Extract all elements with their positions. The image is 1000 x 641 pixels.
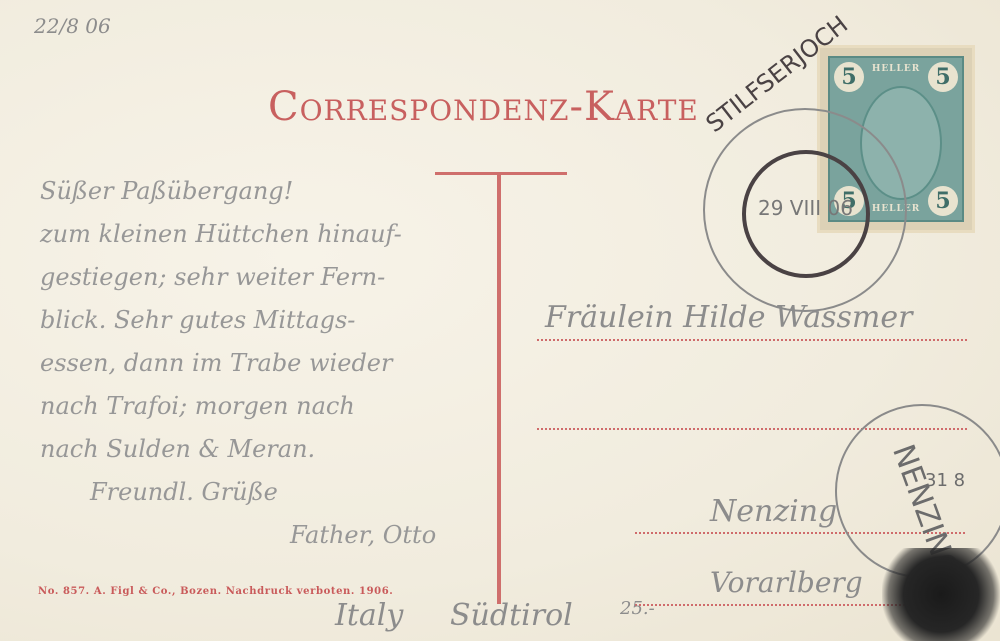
message-line: Freundl. Grüße (40, 471, 436, 514)
address-town: Nenzing (710, 494, 837, 529)
divider-top (435, 172, 567, 175)
card-title: Correspondenz-Karte (268, 84, 699, 130)
message-line: gestiegen; sehr weiter Fern- (40, 256, 436, 299)
postmark-date: 29 VIII 06 (758, 196, 853, 220)
message-text: Süßer Paßübergang! zum kleinen Hüttchen … (40, 170, 436, 557)
divider-vertical (497, 174, 501, 604)
coach-cachet-icon (882, 548, 1000, 641)
message-line: zum kleinen Hüttchen hinauf- (40, 213, 436, 256)
message-line: nach Trafoi; morgen nach (40, 385, 436, 428)
address-recipient: Fräulein Hilde Wassmer (545, 300, 912, 335)
address-line-1 (537, 339, 967, 341)
message-line: nach Sulden & Meran. (40, 428, 436, 471)
bottom-note-region: Südtirol (450, 598, 573, 633)
postmark-date: 31 8 (925, 470, 965, 491)
bottom-note-price: 25.- (620, 598, 655, 619)
publisher-imprint: No. 857. A. Figl & Co., Bozen. Nachdruck… (38, 586, 393, 597)
message-line: blick. Sehr gutes Mittags- (40, 299, 436, 342)
message-line: Süßer Paßübergang! (40, 170, 436, 213)
postcard-back: 22/8 06 Correspondenz-Karte Süßer Paßübe… (0, 0, 1000, 641)
message-line: essen, dann im Trabe wieder (40, 342, 436, 385)
bottom-note-country: Italy (335, 598, 403, 633)
message-line: Father, Otto (40, 514, 436, 557)
stamp-top-label: HELLER (830, 64, 962, 74)
corner-date-note: 22/8 06 (34, 14, 111, 38)
address-region: Vorarlberg (710, 566, 863, 599)
